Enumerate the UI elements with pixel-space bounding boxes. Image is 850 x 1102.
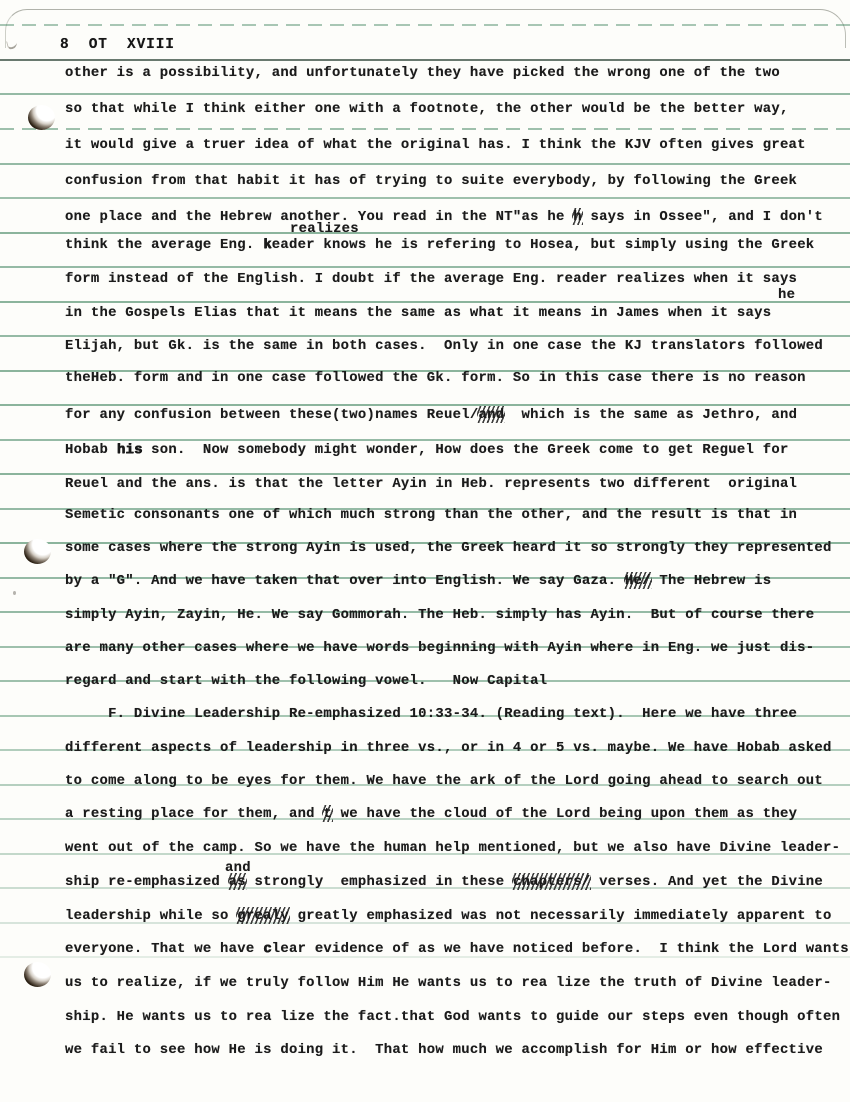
text-line: are many other cases where we have words… (65, 641, 814, 655)
struck-out-text: t (323, 807, 332, 821)
ruled-line (0, 473, 850, 475)
text-line: Elijah, but Gk. is the same in both case… (65, 339, 823, 353)
text-line: us to realize, if we truly follow Him He… (65, 976, 832, 990)
overtyped-text: c (263, 941, 272, 957)
text-segment: says in Ossee", and I don't (582, 209, 823, 225)
text-line: form instead of the English. I doubt if … (65, 272, 797, 286)
text-line: Reuel and the ans. is that the letter Ay… (65, 477, 797, 491)
ink-speck (13, 591, 16, 595)
overtyped-text: his (117, 442, 143, 458)
text-segment: Reuel and the ans. is that the letter Ay… (65, 476, 797, 492)
text-segment: it would give a truer idea of what the o… (65, 137, 806, 153)
text-segment: are many other cases where we have words… (65, 640, 814, 656)
text-line: Semetic consonants one of which much str… (65, 508, 797, 522)
text-segment: some cases where the strong Ayin is used… (65, 540, 832, 556)
text-segment: greatly emphasized was not necessarily i… (289, 908, 832, 924)
text-segment: form instead of the English. I doubt if … (65, 271, 797, 287)
overtyped-text: k (263, 237, 272, 253)
ruled-line (0, 439, 850, 441)
text-line: so that while I think either one with a … (65, 102, 789, 116)
text-segment: us to realize, if we truly follow Him He… (65, 975, 832, 991)
text-segment: to come along to be eyes for them. We ha… (65, 773, 823, 789)
inserted-correction-word: realizes (290, 222, 359, 236)
text-line: to come along to be eyes for them. We ha… (65, 774, 823, 788)
text-line: went out of the camp. So we have the hum… (65, 841, 840, 855)
struck-out-text: He/ (625, 574, 651, 588)
text-segment: confusion from that habit it has of tryi… (65, 173, 797, 189)
text-segment: lear evidence of as we have noticed befo… (272, 941, 849, 957)
struck-out-text: as (229, 875, 246, 889)
ruled-line (0, 197, 850, 199)
text-segment: regard and start with the following vowe… (65, 673, 547, 689)
text-line: F. Divine Leadership Re-emphasized 10:33… (65, 707, 797, 721)
text-segment: ship re-emphasized (65, 874, 229, 890)
ruled-line (0, 24, 850, 26)
ruled-line (0, 59, 850, 61)
text-segment: went out of the camp. So we have the hum… (65, 840, 840, 856)
text-segment: which is the same as Jethro, and (504, 407, 797, 423)
text-line: some cases where the strong Ayin is used… (65, 541, 832, 555)
text-segment: verses. And yet the Divine (590, 874, 823, 890)
text-line: we fail to see how He is doing it. That … (65, 1043, 823, 1057)
text-segment: by a "G". And we have taken that over in… (65, 573, 625, 589)
text-line: confusion from that habit it has of tryi… (65, 174, 797, 188)
text-line: in the Gospels Elias that it means the s… (65, 306, 771, 320)
ruled-line (0, 93, 850, 95)
struck-out-text: grealy (237, 909, 289, 923)
page-curl-shadow (28, 105, 55, 130)
text-segment: he (778, 287, 795, 303)
text-segment: F. Divine Leadership Re-emphasized 10:33… (65, 706, 797, 722)
text-segment: eader knows he is refering to Hosea, but… (272, 237, 815, 253)
text-segment: Elijah, but Gk. is the same in both case… (65, 338, 823, 354)
ruled-line (0, 301, 850, 303)
page-curl-shadow (24, 962, 51, 987)
text-line: theHeb. form and in one case followed th… (65, 371, 806, 385)
ruled-line (0, 266, 850, 268)
page-curl-shadow (24, 539, 51, 564)
text-line: leadership while so grealy greatly empha… (65, 909, 832, 923)
text-segment: we fail to see how He is doing it. That … (65, 1042, 823, 1058)
text-segment: so that while I think either one with a … (65, 101, 789, 117)
text-line: one place and the Hebrew another. You re… (65, 210, 823, 224)
text-segment: different aspects of leadership in three… (65, 740, 832, 756)
text-segment: strongly emphasized in these (246, 874, 513, 890)
text-segment: Hobab (65, 442, 117, 458)
text-line: it would give a truer idea of what the o… (65, 138, 806, 152)
text-segment: we have the cloud of the Lord being upon… (332, 806, 797, 822)
text-segment: realizes (290, 221, 359, 237)
text-line: other is a possibility, and unfortunatel… (65, 66, 780, 80)
page-header: 8 OT XVIII (60, 37, 175, 53)
text-line: think the average Eng. keader knows he i… (65, 238, 814, 252)
ruled-line (0, 128, 850, 130)
text-segment: other is a possibility, and unfortunatel… (65, 65, 780, 81)
scanned-page: 8 OT XVIII other is a possibility, and u… (0, 0, 850, 1102)
text-line: a resting place for them, and t we have … (65, 807, 797, 821)
text-line: everyone. That we have clear evidence of… (65, 942, 849, 956)
text-segment: The Hebrew is (651, 573, 772, 589)
text-line: different aspects of leadership in three… (65, 741, 832, 755)
ruled-line (0, 404, 850, 406)
text-line: by a "G". And we have taken that over in… (65, 574, 771, 588)
ruled-line (0, 335, 850, 337)
struck-out-text: chapters/ (513, 875, 591, 889)
text-line: ship. He wants us to rea lize the fact.t… (65, 1010, 840, 1024)
text-segment: Semetic consonants one of which much str… (65, 507, 797, 523)
text-line: Hobab his son. Now somebody might wonder… (65, 443, 789, 457)
text-line: regard and start with the following vowe… (65, 674, 547, 688)
text-line: simply Ayin, Zayin, He. We say Gommorah.… (65, 608, 814, 622)
struck-out-text: h (573, 210, 582, 224)
text-segment: in the Gospels Elias that it means the s… (65, 305, 771, 321)
text-line: for any confusion between these(two)name… (65, 408, 797, 422)
text-segment: simply Ayin, Zayin, He. We say Gommorah.… (65, 607, 814, 623)
text-segment: theHeb. form and in one case followed th… (65, 370, 806, 386)
ruled-line (0, 163, 850, 165)
text-segment: think the average Eng. (65, 237, 263, 253)
struck-out-text: and (478, 408, 504, 422)
text-segment: for any confusion between these(two)name… (65, 407, 478, 423)
text-segment: everyone. That we have (65, 941, 263, 957)
text-segment: a resting place for them, and (65, 806, 323, 822)
pen-mark (6, 39, 18, 50)
text-segment: son. Now somebody might wonder, How does… (143, 442, 789, 458)
text-segment: leadership while so (65, 908, 237, 924)
ruled-line (0, 232, 850, 234)
text-line: ship re-emphasized as strongly emphasize… (65, 875, 823, 889)
inserted-correction-word: he (778, 288, 795, 302)
text-segment: ship. He wants us to rea lize the fact.t… (65, 1009, 840, 1025)
